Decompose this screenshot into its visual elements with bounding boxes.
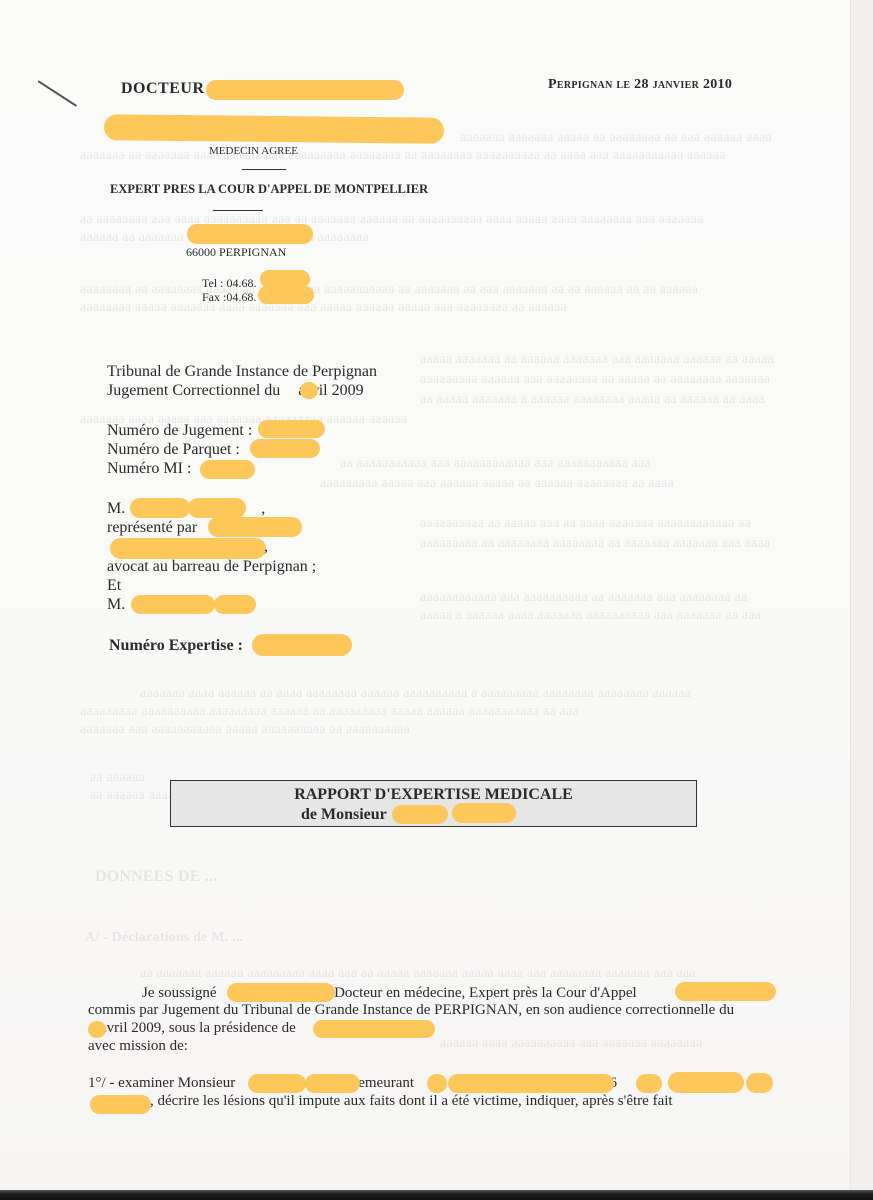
redaction-president-name <box>313 1020 435 1038</box>
bleed-through-subheading: A/ - Déclarations de M. ... <box>85 930 243 946</box>
party1-prefix: M. <box>107 500 125 517</box>
date-month: janvier <box>653 77 700 92</box>
redaction-hearing-day <box>88 1021 106 1038</box>
redaction-street <box>187 224 313 244</box>
bleed-through-text: aaaaaaaa aa aaaaaaaa aaaaa aa aaaaaaa aa… <box>80 282 698 298</box>
redaction-fax <box>258 286 314 304</box>
bleed-through-text: aaaaaaaaaaaa aaa aaaaaaaaaa aa aaaaaaa a… <box>420 590 747 606</box>
expert-title: EXPERT PRES LA COUR D'APPEL DE MONTPELLI… <box>110 182 428 197</box>
redaction-examinee-lastname <box>305 1074 360 1093</box>
redaction-doctor-name <box>206 80 404 100</box>
bleed-through-text: aaaaaaa aaaa aaaaaa aa aaaa aaaaaaaa aaa… <box>140 686 691 702</box>
redaction-postcode <box>636 1074 662 1093</box>
bleed-through-text: aaaaaaaaa aa aaaaaaaa aaaaaaaa aa aaaaaa… <box>420 536 770 552</box>
bleed-through-text: aaaaaaaaa aaaaaa aaa aaaaaaaa aa aaaaa a… <box>420 372 770 388</box>
party2-prefix: M. <box>107 596 125 613</box>
bleed-through-text: aa aaaaaaa aaaaaa aaaaaaaaa aaaa aaa aa … <box>140 966 696 982</box>
court-name: Tribunal de Grande Instance de Perpignan <box>107 363 377 381</box>
date-day: 28 <box>634 77 649 92</box>
redaction-address-line <box>104 114 444 144</box>
redaction-street-number <box>427 1074 447 1093</box>
bleed-through-text: aaaaaaaaaa aa aaaaa aaa aa aaaa aaaaaaa … <box>420 516 751 532</box>
divider <box>242 169 286 170</box>
bleed-through-text: aaaaaaaaa aaaaa aaa aaaaaa aaaaa aa aaaa… <box>320 476 674 492</box>
fax-label: Fax :04.68. <box>202 290 256 305</box>
bleed-through-text: aaaaaaa aaaaaaa aaaaa aa aaaaaaaa aa aaa… <box>460 130 772 146</box>
redaction-party1-firstname <box>130 498 190 518</box>
body-line-4: avec mission de: <box>88 1038 188 1055</box>
redaction-expert-name <box>227 983 335 1002</box>
redaction-subject-firstname <box>392 805 448 824</box>
redaction-expertise-number <box>252 634 352 656</box>
scanned-page: aaaaaaa aaaaaaa aaaaa aa aaaaaaaa aa aaa… <box>0 0 873 1192</box>
redaction-judgment-day <box>300 382 318 399</box>
redaction-mi-number <box>200 460 255 479</box>
redaction-party1-lastname <box>188 498 246 518</box>
redaction-court-city <box>675 982 776 1001</box>
redaction-examinee-city-2 <box>746 1073 773 1093</box>
mission-line-2: , décrire les lésions qu'il impute aux f… <box>88 1093 673 1110</box>
divider <box>213 210 263 211</box>
lawyer-suffix: , <box>264 538 268 556</box>
redaction-lawyer-name <box>208 517 302 537</box>
body-line-2: commis par Jugement du Tribunal de Grand… <box>88 1002 734 1019</box>
bleed-through-text: aa aaaaaaaaaaa aaa aaaaaaaaaaaa aaa aaaa… <box>340 456 651 472</box>
bleed-through-text: aaaaaaa aaa aaaaaaaaaaa aaaaa aaaaaaaaaa… <box>80 722 410 738</box>
redaction-examinee-city-line2 <box>90 1095 151 1114</box>
party1-suffix: , <box>261 500 265 517</box>
redaction-party2-lastname <box>214 595 256 614</box>
bleed-through-text: aaaaaa aaaa aaaaaaaaaa aaa aaaaaaa aaaaa… <box>440 1036 702 1052</box>
document-date: Perpignan le 28 janvier 2010 <box>548 77 732 93</box>
body-text: , Docteur en médecine, Expert près la Co… <box>327 985 637 1001</box>
date-year: 2010 <box>703 77 732 92</box>
judgment-number-label: Numéro de Jugement : <box>107 422 252 440</box>
date-city: Perpignan le <box>548 77 630 92</box>
redaction-party2-firstname <box>131 595 215 614</box>
report-subject-prefix: de Monsieur <box>301 806 387 824</box>
bleed-through-text: aaaaa aaaaaaa aa aaaaaa aaaaaaa aaa aaaa… <box>420 352 774 368</box>
bleed-through-text: aaaaaaaa aaaaa aaaaaaa aaaa aaaaaaa aaa … <box>80 300 567 316</box>
redaction-subject-lastname <box>452 803 516 823</box>
bleed-through-text: aa aaaaaaaa aaa aaaa aaaaaaaaaa aaa aa a… <box>80 212 704 228</box>
page-edge-shadow <box>850 0 873 1192</box>
redaction-examinee-city <box>668 1072 744 1093</box>
parquet-number-label: Numéro de Parquet : <box>107 441 240 459</box>
judgment-prefix: Jugement Correctionnel du <box>107 382 280 399</box>
redaction-lawyer-firm <box>110 538 266 559</box>
bleed-through-text: aa aaaaaa <box>90 770 145 786</box>
expertise-number-label: Numéro Expertise : <box>109 637 243 655</box>
bleed-through-text: aaaaa a aaaaaa aaaa aaaaaaa aaaaaaaaaa a… <box>420 608 761 624</box>
redaction-parquet-number <box>250 439 320 458</box>
redaction-examinee-street <box>448 1074 614 1093</box>
staple-mark <box>37 80 77 107</box>
scanner-edge <box>0 1190 873 1200</box>
city-postcode: 66000 PERPIGNAN <box>186 245 286 260</box>
bleed-through-text: aaaaaaa aa aaaaaaa aaaa aaaaaa aaa aaaaa… <box>80 148 726 164</box>
body-text: , décrire les lésions qu'il impute aux f… <box>150 1093 673 1109</box>
qualification-label: MEDECIN AGREE <box>209 145 298 157</box>
bleed-through-text: aa aaaaa aaaaaaa a aaaaaa aaaaaaaa aaaaa… <box>420 392 765 408</box>
doctor-name-label: DOCTEUR <box>121 80 205 98</box>
bleed-through-heading: DONNEES DE ... <box>95 868 217 886</box>
report-title: RAPPORT D'EXPERTISE MEDICALE <box>171 786 696 804</box>
represented-by-label: représenté par <box>107 519 197 536</box>
lawyer-bar: avocat au barreau de Perpignan ; <box>107 558 316 576</box>
body-text: avril 2009, sous la présidence de <box>100 1020 296 1036</box>
and-label: Et <box>107 577 121 595</box>
body-text: 1°/ - examiner Monsieur <box>88 1075 235 1091</box>
mi-number-label: Numéro MI : <box>107 460 191 478</box>
bleed-through-text: aaaaaaaaa aaaaaaaaaa aaaaaaaaa aaaaaa aa… <box>80 704 579 720</box>
judgment-line: Jugement Correctionnel duavril 2009 <box>107 382 364 400</box>
redaction-examinee-firstname <box>248 1074 306 1093</box>
body-text: Je soussigné <box>142 985 217 1001</box>
telephone-label: Tel : 04.68. <box>202 276 257 291</box>
redaction-judgment-number <box>258 420 325 438</box>
